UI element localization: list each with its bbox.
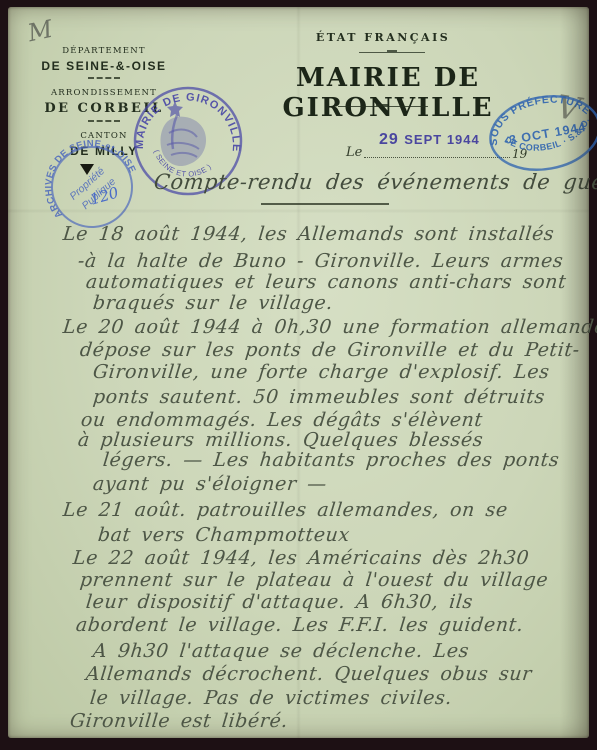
manuscript-line: leur dispositif d'attaque. A 6h30, ils [85,591,474,613]
manuscript-line: Gironville, une forte charge d'explosif.… [92,361,551,383]
manuscript-line: braqués sur le village. [92,292,334,314]
department-value: DE SEINE-&-OISE [36,59,172,73]
manuscript-line: Le 21 août. patrouilles allemandes, on s… [62,499,509,521]
paper-sheet: M V DÉPARTEMENT DE SEINE-&-OISE ARRONDIS… [8,7,589,738]
manuscript-line: ou endommagés. Les dégâts s'élèvent [80,409,484,431]
manuscript-line: bat vers Champmotteux [97,524,351,546]
manuscript-line: prennent sur le plateau à l'ouest du vil… [79,569,550,591]
manuscript-heading-underline [261,203,389,205]
manuscript-heading: Compte-rendu des événements de guerre [153,170,597,194]
state-header: ÉTAT FRANÇAIS [308,31,458,44]
manuscript-line: Le 22 août 1944, les Américains dès 2h30 [72,547,531,569]
scanned-document-photo: M V DÉPARTEMENT DE SEINE-&-OISE ARRONDIS… [0,0,597,750]
department-label: DÉPARTEMENT [36,46,172,56]
received-date-stamp: 29 SEPT 1944 [379,131,480,149]
manuscript-line: abordent le village. Les F.F.I. les guid… [75,614,525,636]
received-date-day: 29 [379,131,399,148]
manuscript-line: légers. — Les habitants proches des pont… [102,449,561,471]
date-line-prefix: Le [346,145,362,160]
manuscript-line: Le 18 août 1944, les Allemands sont inst… [62,223,556,245]
state-header-rule [359,52,425,53]
title-rule [338,106,428,107]
separator-rule [88,120,120,122]
manuscript-line: le village. Pas de victimes civiles. [89,687,453,709]
manuscript-line: Allemands décrochent. Quelques obus sur [85,663,533,685]
separator-rule [88,77,120,79]
manuscript-line: dépose sur les ponts de Gironville et du… [79,339,581,361]
seal-figure-illustration [160,101,206,166]
manuscript-line: ayant pu s'éloigner — [92,473,328,495]
manuscript-line: Gironville est libéré. [69,710,289,732]
manuscript-line: A 9h30 l'attaque se déclenche. Les [92,640,470,662]
received-date-month-year: SEPT 1944 [404,132,480,147]
manuscript-line: Le 20 août 1944 à 0h,30 une formation al… [62,316,597,338]
manuscript-line: ponts sautent. 50 immeubles sont détruit… [92,386,546,408]
manuscript-line: à plusieurs millions. Quelques blessés [77,429,485,451]
manuscript-line: -à la halte de Buno - Gironville. Leurs … [77,250,565,272]
manuscript-line: automatiques et leurs canons anti-chars … [85,271,568,293]
